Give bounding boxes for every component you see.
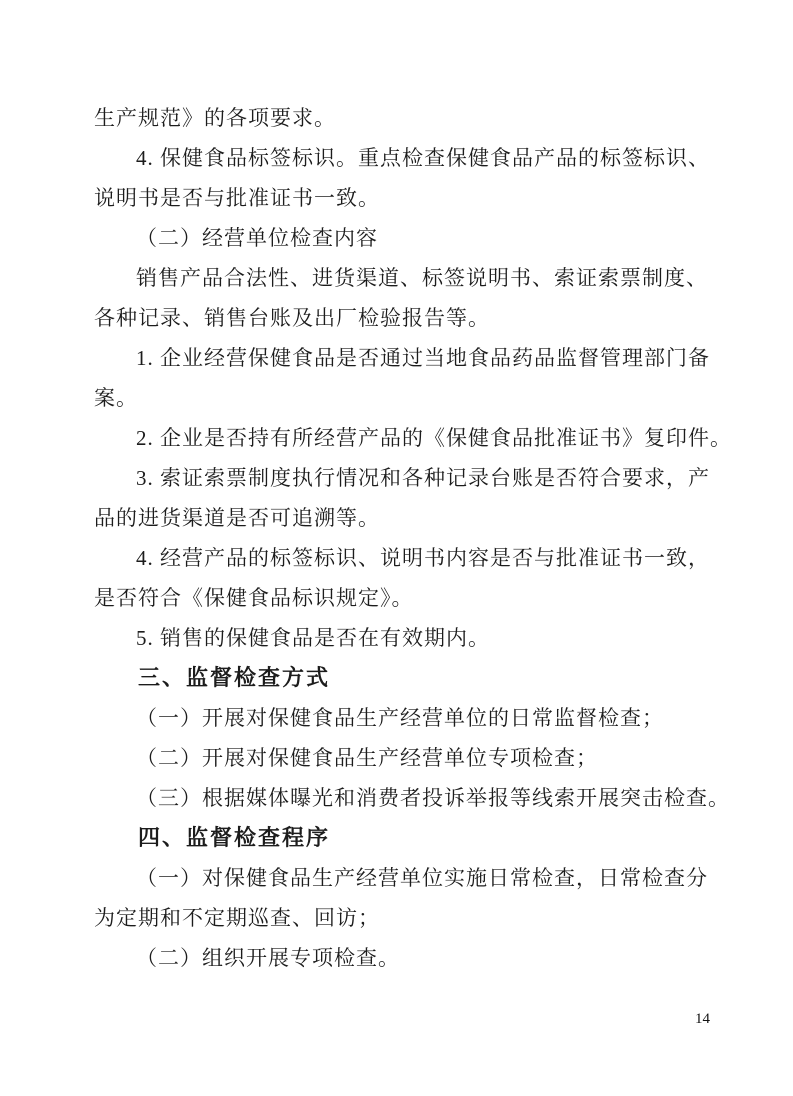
text-line: 2. 企业是否持有所经营产品的《保健食品批准证书》复印件。 [94,418,710,458]
text-line: （一）开展对保健食品生产经营单位的日常监督检查； [94,698,710,738]
page-footer: 14 [0,1010,710,1028]
section-heading: 四、监督检查程序 [94,818,710,858]
text-line: （一）对保健食品生产经营单位实施日常检查，日常检查分 [94,858,710,898]
text-line: 销售产品合法性、进货渠道、标签说明书、索证索票制度、 [94,258,710,298]
text-line: 说明书是否与批准证书一致。 [94,178,710,218]
document-page: 生产规范》的各项要求。 4. 保健食品标签标识。重点检查保健食品产品的标签标识、… [0,0,793,1096]
text-line: （二）开展对保健食品生产经营单位专项检查； [94,738,710,778]
text-line: 各种记录、销售台账及出厂检验报告等。 [94,298,710,338]
text-line: 生产规范》的各项要求。 [94,98,710,138]
text-line: （三）根据媒体曝光和消费者投诉举报等线索开展突击检查。 [94,778,710,818]
text-line: 案。 [94,378,710,418]
document-body: 生产规范》的各项要求。 4. 保健食品标签标识。重点检查保健食品产品的标签标识、… [94,98,710,978]
subsection-title: （二）经营单位检查内容 [94,218,710,258]
text-line: 4. 经营产品的标签标识、说明书内容是否与批准证书一致， [94,538,710,578]
text-line: 4. 保健食品标签标识。重点检查保健食品产品的标签标识、 [94,138,710,178]
text-line: 1. 企业经营保健食品是否通过当地食品药品监督管理部门备 [94,338,710,378]
text-line: 品的进货渠道是否可追溯等。 [94,498,710,538]
text-line: （二）组织开展专项检查。 [94,938,710,978]
page-number: 14 [695,1011,710,1027]
text-line: 为定期和不定期巡查、回访； [94,898,710,938]
text-line: 5. 销售的保健食品是否在有效期内。 [94,618,710,658]
text-line: 3. 索证索票制度执行情况和各种记录台账是否符合要求，产 [94,458,710,498]
section-heading: 三、监督检查方式 [94,658,710,698]
text-line: 是否符合《保健食品标识规定》。 [94,578,710,618]
